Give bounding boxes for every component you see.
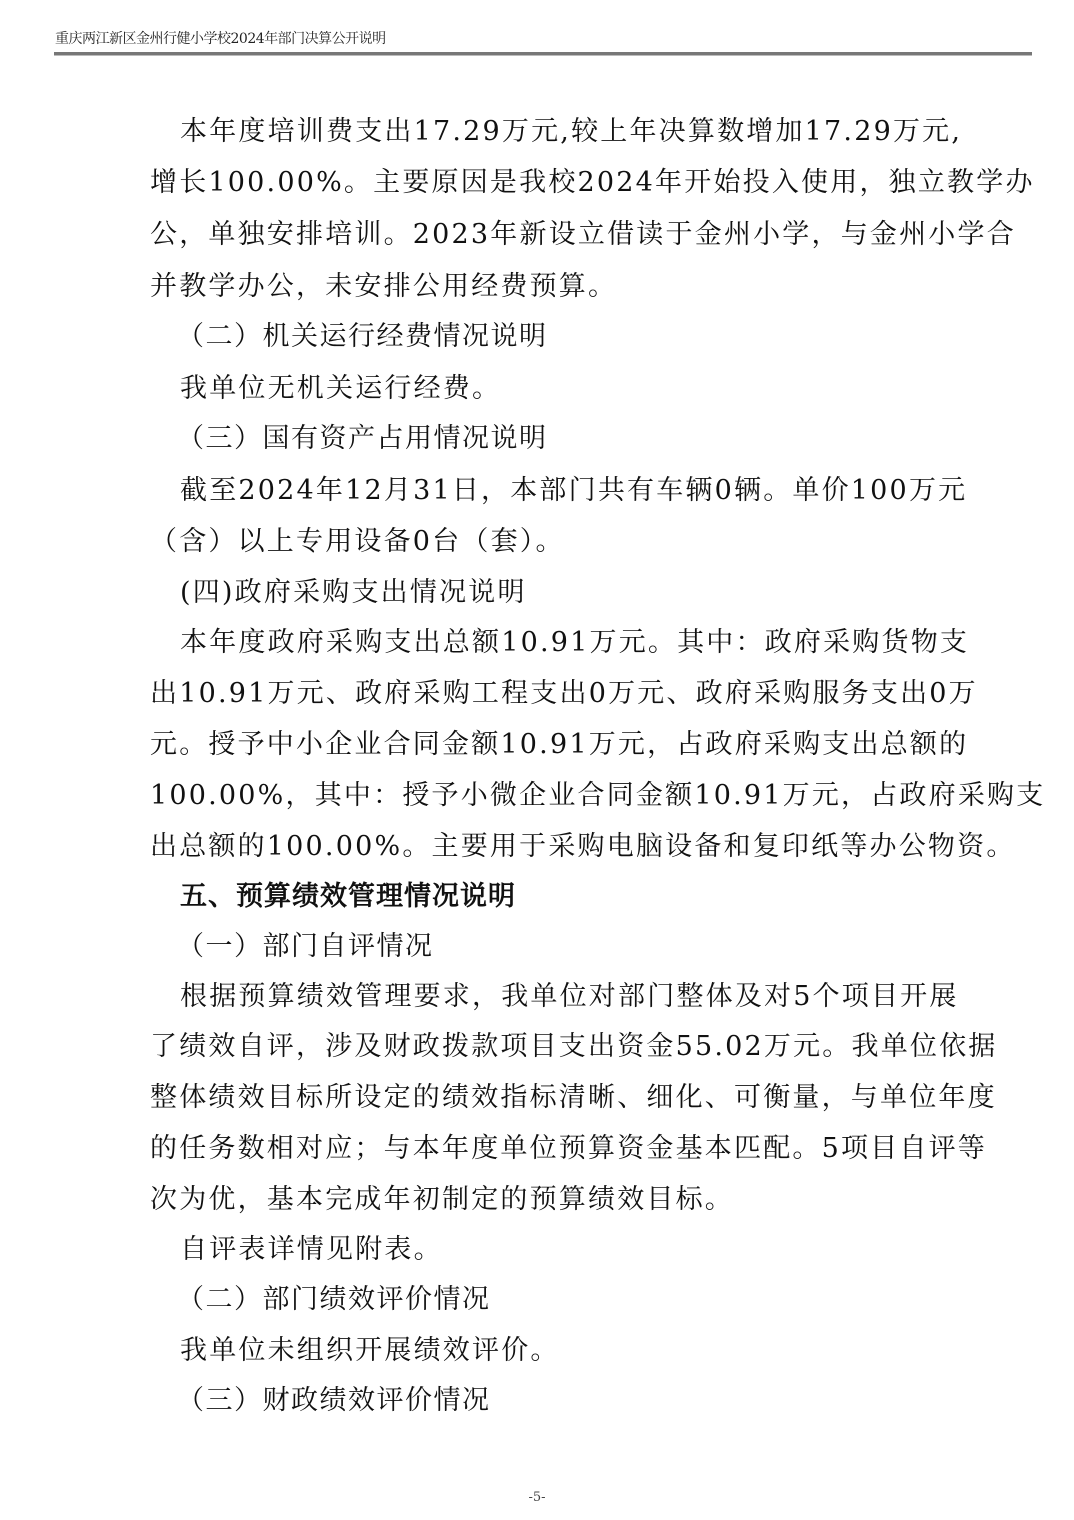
paragraph-line: 100.00%，其中：授予小微企业合同金额10.91万元，占政府采购支 [150, 779, 1045, 813]
paragraph-line: 增长100.00%。主要原因是我校2024年开始投入使用，独立教学办 [150, 166, 1035, 200]
paragraph-line: （含）以上专用设备0台（套）。 [150, 525, 565, 559]
paragraph-line: 本年度政府采购支出总额10.91万元。其中：政府采购货物支 [180, 626, 969, 660]
document-header-title: 重庆两江新区金州行健小学校2024年部门决算公开说明 [55, 28, 386, 48]
paragraph-line: 了绩效自评，涉及财政拨款项目支出资金55.02万元。我单位依据 [150, 1030, 998, 1064]
paragraph-line: 我单位无机关运行经费。 [180, 372, 501, 406]
chapter-heading: 五、预算绩效管理情况说明 [180, 880, 516, 914]
section-heading: (四)政府采购支出情况说明 [180, 576, 527, 610]
paragraph-line: 的任务数相对应；与本年度单位预算资金基本匹配。5项目自评等 [150, 1132, 987, 1166]
section-heading: （二）机关运行经费情况说明 [177, 320, 548, 354]
section-heading: （一）部门自评情况 [177, 930, 434, 964]
paragraph-line: 出总额的100.00%。主要用于采购电脑设备和复印纸等办公物资。 [150, 830, 1016, 864]
section-heading: （二）部门绩效评价情况 [177, 1283, 491, 1317]
header-divider [54, 52, 1032, 56]
paragraph-line: 元。授予中小企业合同金额10.91万元，占政府采购支出总额的 [150, 728, 968, 762]
paragraph-line: 公，单独安排培训。2023年新设立借读于金州小学，与金州小学合 [150, 218, 1016, 252]
section-heading: （三）财政绩效评价情况 [177, 1384, 491, 1418]
paragraph-line: 根据预算绩效管理要求，我单位对部门整体及对5个项目开展 [180, 980, 959, 1014]
paragraph-line: 我单位未组织开展绩效评价。 [180, 1334, 560, 1368]
paragraph-line: 出10.91万元、政府采购工程支出0万元、政府采购服务支出0万 [150, 677, 978, 711]
paragraph-line: 整体绩效目标所设定的绩效指标清晰、细化、可衡量，与单位年度 [150, 1081, 997, 1115]
section-heading: （三）国有资产占用情况说明 [177, 422, 548, 456]
paragraph-line: 截至2024年12月31日，本部门共有车辆0辆。单价100万元 [180, 474, 967, 508]
paragraph-line: 本年度培训费支出17.29万元,较上年决算数增加17.29万元, [180, 115, 962, 149]
paragraph-line: 并教学办公，未安排公用经费预算。 [150, 270, 617, 304]
paragraph-line: 次为优，基本完成年初制定的预算绩效目标。 [150, 1183, 734, 1217]
paragraph-line: 自评表详情见附表。 [180, 1233, 443, 1267]
page-number: -5- [0, 1490, 1074, 1505]
